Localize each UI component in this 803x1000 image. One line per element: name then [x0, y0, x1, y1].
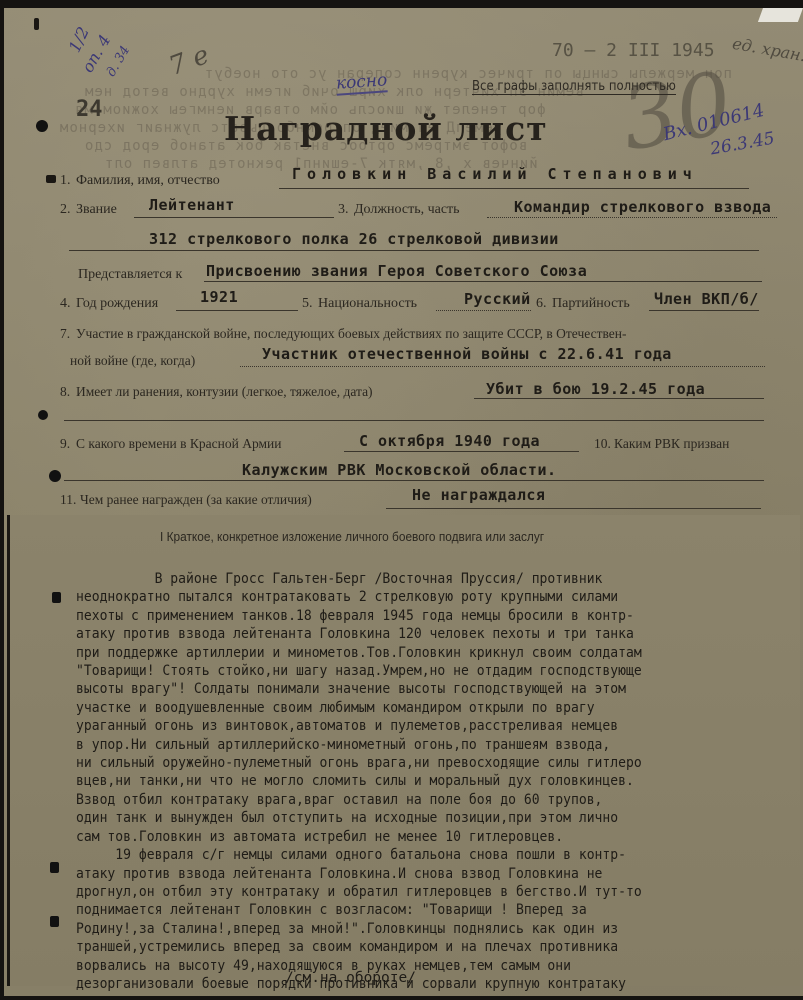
ink-mark [46, 175, 56, 183]
narrative-line: в упор.Ни сильный артиллерийско-минометн… [76, 736, 729, 754]
field-1-value: Головкин Василий Степанович [292, 165, 698, 183]
field-7-label: Участие в гражданской войне, последующих… [76, 326, 626, 342]
field-2-label: Звание [76, 202, 117, 218]
narrative-line: сам тов.Головкин из автомата истребил не… [76, 828, 729, 846]
field-9-label: С какого времени в Красной Армии [76, 436, 282, 452]
narrative-line: Взвод отбил контратаку врага,враг остави… [76, 791, 729, 809]
field-10-label: Каким РВК призван [614, 436, 729, 452]
punch-hole [49, 470, 61, 482]
field-7-line [240, 366, 765, 367]
ink-mark [34, 18, 39, 30]
field-3-number: 3. [338, 202, 349, 218]
narrative-line: вцев,ни танки,ни что не могло сломить си… [76, 772, 729, 790]
field-10-line [64, 480, 764, 481]
field-3-value: Командир стрелкового взвода [514, 198, 771, 216]
punch-hole [36, 120, 48, 132]
narrative-line: дрогнул,он отбил эту контратаку и обрати… [76, 883, 729, 901]
field-3-line [487, 217, 777, 218]
handwritten-reference: косно [335, 70, 388, 96]
ink-mark [50, 916, 59, 927]
field-4-number: 4. [60, 296, 71, 312]
handwritten-note-top-right: ед. хран. [731, 34, 803, 66]
field-6-line [649, 310, 759, 311]
field-9-value: С октября 1940 года [359, 432, 540, 450]
field-6-value: Член ВКП/б/ [654, 290, 759, 308]
field-5-label: Национальность [318, 296, 417, 312]
narrative-line: 19 февраля с/г немцы силами одного батал… [76, 846, 729, 864]
field-9-line [344, 451, 579, 452]
field-4-line [176, 310, 298, 311]
presented-line [204, 281, 762, 282]
field-2-line [134, 217, 334, 218]
field-10-value: Калужским РВК Московской области. [242, 461, 557, 479]
narrative-line: ураганный огонь из винтовок,автоматов и … [76, 717, 729, 735]
field-8-line [474, 398, 764, 399]
narrative-line: В районе Гросс Гальтен-Берг /Восточная П… [76, 570, 729, 588]
field-10-number: 10. [594, 436, 611, 452]
continued-overleaf: /см.на обороте/ [285, 970, 416, 986]
section-heading: I Краткое, конкретное изложение личного … [160, 530, 544, 544]
narrative-line: атаку против взвода лейтенанта Головкина… [76, 865, 729, 883]
field-5-line [436, 310, 531, 311]
field-4-value: 1921 [200, 288, 238, 306]
field-8-value: Убит в бою 19.2.45 года [486, 380, 705, 398]
field-8-line2 [64, 420, 764, 421]
page-title: Наградной лист [224, 109, 548, 148]
presented-label: Представляется к [78, 267, 182, 283]
narrative-text: В районе Гросс Гальтен-Берг /Восточная П… [76, 570, 802, 993]
field-2-number: 2. [60, 202, 71, 218]
field-3-value-line2: 312 стрелкового полка 26 стрелковой диви… [149, 230, 559, 248]
ink-mark [52, 592, 61, 603]
field-2-value: Лейтенант [149, 196, 235, 214]
field-1-number: 1. [60, 173, 71, 189]
field-4-label: Год рождения [76, 296, 158, 312]
punch-hole [38, 410, 48, 420]
narrative-line: участке и воодушевленные своим любимым к… [76, 699, 729, 717]
narrative-line: поднимается лейтенант Головкин с возглас… [76, 901, 729, 919]
narrative-line: ни сильный оружейно-пулеметный огонь вра… [76, 754, 729, 772]
form-number: 24 [76, 97, 103, 122]
narrative-line: Родину!,за Сталина!,вперед за мной!".Гол… [76, 920, 729, 938]
field-7-value: Участник отечественной войны с 22.6.41 г… [262, 345, 672, 363]
field-8-number: 8. [60, 384, 70, 400]
narrative-line: траншей,устремились вперед за своим кома… [76, 938, 729, 956]
ink-mark [50, 862, 59, 873]
narrative-line: неоднократно пытался контратаковать 2 ст… [76, 588, 729, 606]
narrative-line: один танк и вынужден был отступить на ис… [76, 809, 729, 827]
instruction-text: Все графы заполнять полностью [472, 79, 676, 95]
field-3-line2 [69, 250, 759, 251]
field-11-value: Не награждался [412, 486, 545, 504]
paper-corner [758, 8, 803, 22]
field-9-number: 9. [60, 436, 70, 452]
field-7-number: 7. [60, 326, 70, 342]
field-11-number: 11. [60, 492, 76, 508]
narrative-line: атаку против взвода лейтенанта Головкина… [76, 625, 729, 643]
narrative-line: пехоты с применением танков.18 февраля 1… [76, 607, 729, 625]
field-7-label-line2: ной войне (где, когда) [70, 353, 195, 369]
field-11-line [386, 508, 761, 509]
field-3-label: Должность, часть [354, 202, 460, 218]
field-1-line [279, 188, 749, 189]
field-5-value: Русский [464, 290, 531, 308]
field-8-label: Имеет ли ранения, контузии (легкое, тяже… [76, 384, 373, 400]
field-6-number: 6. [536, 296, 547, 312]
field-6-label: Партийность [552, 296, 630, 312]
narrative-line: при поддержке артиллерии и минометов.Тов… [76, 644, 729, 662]
narrative-line: высоты врагу"! Солдаты понимали значение… [76, 680, 729, 698]
field-11-label: Чем ранее награжден (за какие отличия) [80, 492, 312, 508]
presented-value: Присвоению звания Героя Советского Союза [206, 262, 587, 280]
field-5-number: 5. [302, 296, 313, 312]
field-1-label: Фамилия, имя, отчество [76, 173, 220, 189]
narrative-line: "Товарищи! Стоять стойко,ни шагу назад.У… [76, 662, 729, 680]
